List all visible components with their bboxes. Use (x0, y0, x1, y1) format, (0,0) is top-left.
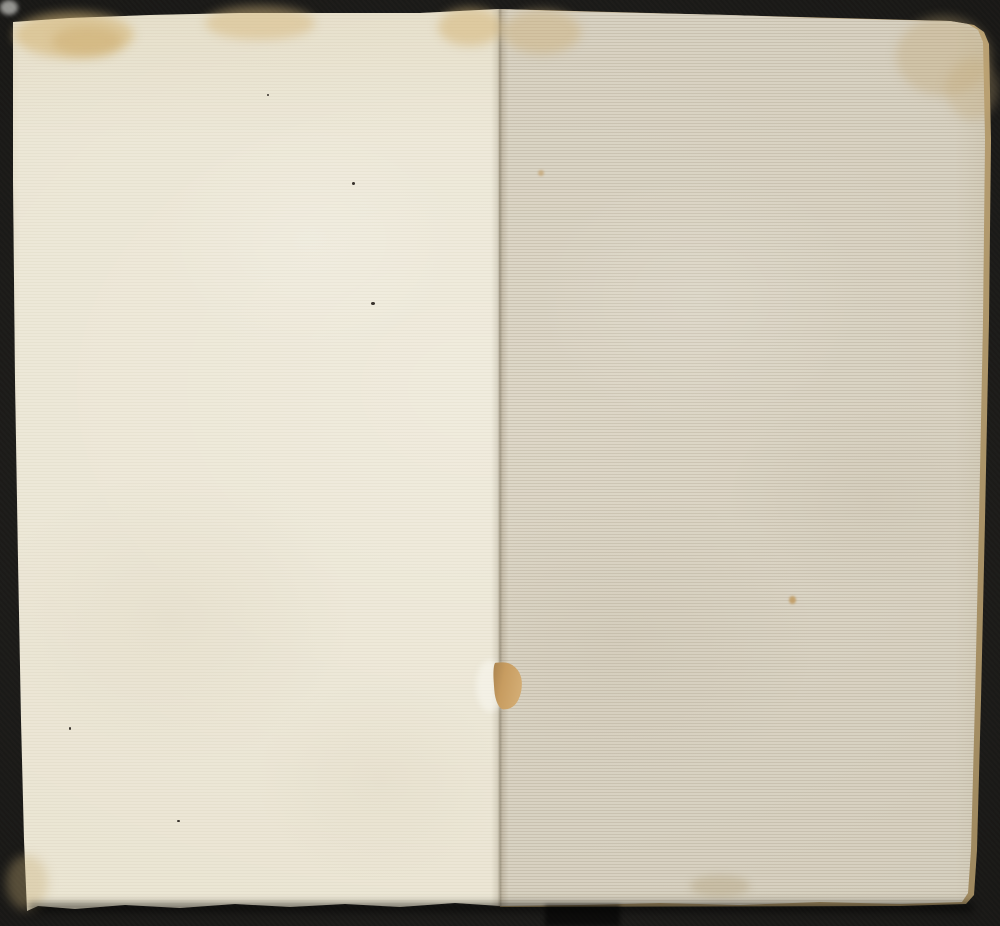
tan-fleck-near-fold (538, 170, 544, 176)
foxing-stain-top-left-inner (52, 26, 122, 56)
foxing-stain-bottom-left (6, 855, 48, 910)
smudge-bottom-right (690, 875, 750, 897)
foxing-stain-fold-right (503, 10, 581, 54)
center-fold-line (491, 9, 509, 907)
foxing-stain-top-middle (205, 6, 315, 40)
ink-speck (371, 302, 375, 305)
ink-speck (352, 182, 355, 185)
ink-speck (177, 820, 180, 822)
tan-fleck-right-page (789, 596, 796, 604)
foxing-stain-top-right-corner (946, 58, 998, 120)
ink-speck (267, 94, 269, 96)
ink-speck (69, 727, 71, 730)
light-spot-right-edge (0, 0, 18, 15)
page-bottom-shadow (28, 903, 973, 912)
foxing-stain-fold-left (438, 8, 502, 46)
page-bottom-shadow-notch (545, 905, 620, 926)
book-scan-canvas (0, 0, 1000, 926)
